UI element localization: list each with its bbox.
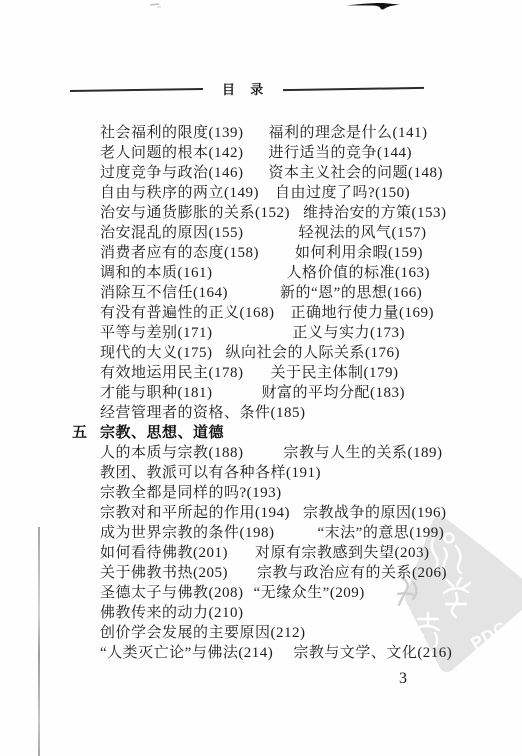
toc-line: 消除互不信任(164)新的“恩”的思想(166) <box>0 281 460 301</box>
toc-entry: 消除互不信任(164) <box>100 281 228 302</box>
toc-entry: 对原有宗教感到失望(203) <box>255 541 430 562</box>
toc-line: 经营管理者的资格、条件(185) <box>0 401 460 421</box>
toc-entry: 宗教与人生的关系(189) <box>284 441 443 462</box>
header-rule-left <box>70 88 203 92</box>
toc-entry: 教团、教派可以有各种各样(191) <box>100 461 321 482</box>
toc-entry: 平等与差别(171) <box>100 321 213 342</box>
header-rule-right <box>283 87 424 91</box>
toc-entry: 轻视法的风气(157) <box>299 221 427 242</box>
toc-line: 成为世界宗教的条件(198)“末法”的意思(199) <box>0 521 460 541</box>
toc-entry: 宗教与政治应有的关系(206) <box>257 561 447 582</box>
toc-entry: 佛教传来的动力(210) <box>100 601 244 622</box>
toc-entry: 自由过度了吗?(150) <box>275 181 410 202</box>
toc-content: 社会福利的限度(139)福利的理念是什么(141)老人问题的根本(142)进行适… <box>0 121 460 661</box>
toc-line: 宗教对和平所起的作用(194)宗教战争的原因(196) <box>0 501 460 521</box>
toc-line: 过度竞争与政治(146)资本主义社会的问题(148) <box>0 161 460 181</box>
toc-entry: 经营管理者的资格、条件(185) <box>100 401 306 422</box>
section-title: 宗教、思想、道德 <box>100 421 224 442</box>
toc-entry: 才能与职种(181) <box>100 381 213 402</box>
toc-entry: 进行适当的竞争(144) <box>269 141 413 162</box>
toc-entry: 宗教与文学、文化(216) <box>293 641 452 662</box>
watermark-pdg-label: PDG <box>468 617 512 653</box>
toc-entry: 如何看待佛教(201) <box>100 541 228 562</box>
toc-entry: “末法”的意思(199) <box>318 521 445 542</box>
toc-entry: 财富的平均分配(183) <box>262 381 406 402</box>
toc-line: 调和的本质(161)人格价值的标准(163) <box>0 261 460 281</box>
toc-line: 社会福利的限度(139)福利的理念是什么(141) <box>0 121 460 141</box>
toc-line: 人的本质与宗教(188)宗教与人生的关系(189) <box>0 441 460 461</box>
toc-entry: 现代的大义(175) <box>100 341 213 362</box>
toc-line: 创价学会发展的主要原因(212) <box>0 621 460 641</box>
page-title: 目 录 <box>222 79 269 98</box>
page-number: 3 <box>399 670 407 688</box>
toc-line: 现代的大义(175)纵向社会的人际关系(176) <box>0 341 460 361</box>
section-number: 五 <box>72 421 87 442</box>
section-heading: 五宗教、思想、道德 <box>0 421 460 441</box>
toc-line: 教团、教派可以有各种各样(191) <box>0 461 460 481</box>
toc-entry: 圣德太子与佛教(208) <box>100 581 244 602</box>
toc-entry: 正义与实力(173) <box>293 321 406 342</box>
toc-entry: 资本主义社会的问题(148) <box>269 161 444 182</box>
scan-artifact-top <box>0 0 522 16</box>
toc-entry: 成为世界宗教的条件(198) <box>100 521 275 542</box>
toc-entry: 新的“恩”的思想(166) <box>280 281 422 302</box>
toc-line: 如何看待佛教(201)对原有宗教感到失望(203) <box>0 541 460 561</box>
toc-entry: 福利的理念是什么(141) <box>269 121 428 142</box>
toc-entry: 如何利用余暇(159) <box>295 241 423 262</box>
toc-entry: 关于民主体制(179) <box>271 361 399 382</box>
toc-entry: 宗教对和平所起的作用(194) <box>100 501 290 522</box>
toc-line: 有效地运用民主(178)关于民主体制(179) <box>0 361 460 381</box>
toc-entry: 调和的本质(161) <box>100 261 213 282</box>
toc-line: 佛教传来的动力(210) <box>0 601 460 621</box>
scanned-toc-page: PDG 目 录 社会福利的限度(139)福利的理念是什么(141)老人问题的根本… <box>0 0 522 756</box>
toc-entry: 自由与秩序的两立(149) <box>100 181 259 202</box>
toc-entry: 治安混乱的原因(155) <box>100 221 244 242</box>
toc-entry: “无缘众生”(209) <box>254 581 365 602</box>
toc-entry: 宗教战争的原因(196) <box>303 501 447 522</box>
toc-line: 圣德太子与佛教(208)“无缘众生”(209) <box>0 581 460 601</box>
toc-entry: 关于佛教书热(205) <box>100 561 228 582</box>
toc-entry: 创价学会发展的主要原因(212) <box>100 621 306 642</box>
toc-entry: 消费者应有的态度(158) <box>100 241 259 262</box>
toc-line: “人类灭亡论”与佛法(214)宗教与文学、文化(216) <box>0 641 460 661</box>
toc-entry: 人的本质与宗教(188) <box>100 441 244 462</box>
toc-entry: 过度竞争与政治(146) <box>100 161 244 182</box>
toc-line: 平等与差别(171)正义与实力(173) <box>0 321 460 341</box>
toc-entry: “人类灭亡论”与佛法(214) <box>100 641 273 662</box>
toc-entry: 社会福利的限度(139) <box>100 121 244 142</box>
toc-line: 老人问题的根本(142)进行适当的竞争(144) <box>0 141 460 161</box>
toc-line: 才能与职种(181)财富的平均分配(183) <box>0 381 460 401</box>
toc-line: 自由与秩序的两立(149)自由过度了吗?(150) <box>0 181 460 201</box>
toc-entry: 人格价值的标准(163) <box>287 261 431 282</box>
spine-shadow-line <box>38 527 40 756</box>
toc-entry: 老人问题的根本(142) <box>100 141 244 162</box>
toc-entry: 正确地行使力量(169) <box>291 301 435 322</box>
toc-entry: 有效地运用民主(178) <box>100 361 244 382</box>
toc-line: 消费者应有的态度(158)如何利用余暇(159) <box>0 241 460 261</box>
toc-line: 宗教全都是同样的吗?(193) <box>0 481 460 501</box>
toc-entry: 宗教全都是同样的吗?(193) <box>100 481 282 502</box>
toc-entry: 治安与通货膨胀的关系(152) <box>100 201 290 222</box>
toc-line: 有没有普遍性的正义(168)正确地行使力量(169) <box>0 301 460 321</box>
toc-line: 治安混乱的原因(155)轻视法的风气(157) <box>0 221 460 241</box>
toc-entry: 维持治安的方策(153) <box>303 201 447 222</box>
toc-line: 治安与通货膨胀的关系(152)维持治安的方策(153) <box>0 201 460 221</box>
toc-entry: 有没有普遍性的正义(168) <box>100 301 275 322</box>
toc-entry: 纵向社会的人际关系(176) <box>226 341 401 362</box>
toc-line: 关于佛教书热(205)宗教与政治应有的关系(206) <box>0 561 460 581</box>
